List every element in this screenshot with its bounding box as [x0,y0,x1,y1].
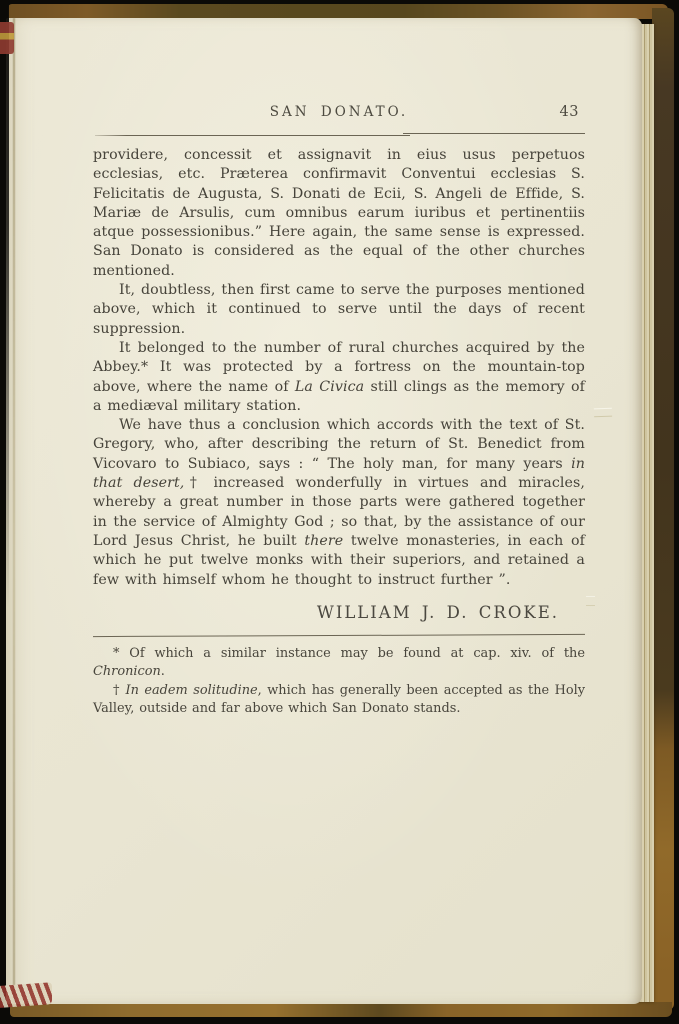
endband-bottom [0,982,52,1008]
footnotes: * Of which a similar instance may be fou… [93,645,585,719]
running-header: SAN DONATO. 43 [93,104,585,121]
book-page: SAN DONATO. 43 providere, concessit et a… [6,18,642,1004]
footnote-1-italic: Chronicon [93,664,161,679]
footnote-1: * Of which a similar instance may be fou… [93,645,585,682]
book-cover-right-edge [652,8,674,1010]
author-signature: WILLIAM J. D. CROKE. [93,603,585,622]
header-title: SAN DONATO. [93,104,585,120]
footnote-1-text: . [161,664,165,679]
header-rule-right-segment [403,133,585,134]
book-cover-bottom-edge [10,1002,672,1017]
printed-content: SAN DONATO. 43 providere, concessit et a… [93,18,585,718]
footnote-2: † In eadem solitudine, which has general… [93,682,585,719]
paper-flaw [594,408,612,418]
footnote-2-text: † [113,683,126,698]
paper-flaw [586,596,595,606]
paragraph-4: We have thus a conclusion which accords … [93,416,585,590]
gutter-crease [13,18,15,1004]
paragraph-3: It belonged to the number of rural churc… [93,339,585,416]
footnote-2-italic: In eadem solitudine [126,683,258,698]
paragraph-4-text: We have thus a conclusion which accords … [93,417,585,472]
paragraph-2: It, doubtless, then first came to serve … [93,281,585,339]
header-rule-left-segment [95,135,410,136]
paragraph-4-italic: there [304,533,343,549]
footnote-rule [93,634,585,637]
page-number: 43 [560,104,579,120]
spine-shadow [0,0,9,640]
footnote-1-text: * Of which a similar instance may be fou… [113,646,585,661]
headband-top [0,22,14,54]
paragraph-1: providere, concessit et assignavit in ei… [93,146,585,281]
paragraph-3-italic: La Civica [295,379,364,395]
body-text: providere, concessit et assignavit in ei… [93,146,585,590]
book-cover-top-edge [8,4,668,19]
header-rule [93,133,585,137]
